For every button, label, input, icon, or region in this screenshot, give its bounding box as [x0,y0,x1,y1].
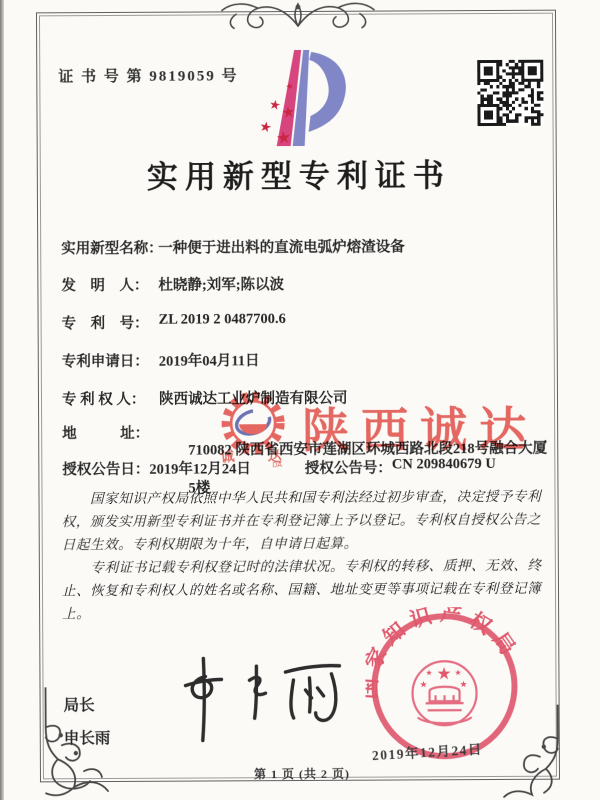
officer-title: 局长 [64,689,111,722]
field-label: 发 明 人： [61,274,158,296]
field-label: 实用新型名称： [61,237,158,259]
stamp-sub-left: 诚 [219,445,236,467]
svg-text:★: ★ [268,96,282,113]
field-filing-date: 专利申请日： 2019年04月11日 [62,349,260,371]
svg-text:★: ★ [281,104,297,122]
svg-text:★: ★ [454,668,461,677]
field-utility-model-name: 实用新型名称： 一种便于进出料的直流电弧炉熔渣设备 [61,235,405,258]
emblem-stars: ★ ★ ★ ★ ★ [419,664,467,689]
svg-text:★: ★ [425,668,432,677]
field-label: 授权公告日： [62,458,149,479]
page-number: 第 1 页 (共 2 页) [2,763,600,783]
cnipa-logo-icon: ★ ★ ★ ★ ★ [238,42,365,157]
legal-paragraph-1: 国家知识产权局依照中华人民共和国专利法经过初步审查，决定授予专利权，颁发实用新型… [61,485,542,557]
legal-text: 国家知识产权局依照中华人民共和国专利法经过初步审查，决定授予专利权，颁发实用新型… [61,485,543,626]
field-value: 2019年04月11日 [159,349,260,371]
stamp-latin: DA [272,462,282,469]
field-inventors: 发 明 人： 杜晓静;刘军;陈以波 [61,273,284,295]
officer-block: 局长 申长雨 [64,689,111,755]
stamp-company-name: 陕西诚达 [302,393,538,461]
top-flourish-ornament [206,0,390,34]
certificate-photo: 证 书 号 第 9819059 号 ★ ★ ★ ★ ★ 实用新型专利证书 实用新… [0,0,600,800]
certificate-title: 实用新型专利证书 [0,149,599,197]
field-patent-number: 专 利 号： ZL 2019 2 0487700.6 [62,311,286,333]
field-label: 专利申请日： [62,350,159,372]
field-label: 专 利 号： [62,312,159,334]
qr-code-icon [477,60,543,126]
svg-text:★: ★ [258,119,273,136]
field-value: 杜晓静;刘军;陈以波 [158,273,284,295]
field-value: 一种便于进出料的直流电弧炉熔渣设备 [158,235,405,257]
certificate-sheet: 证 书 号 第 9819059 号 ★ ★ ★ ★ ★ 实用新型专利证书 实用新… [0,0,600,800]
company-stamp: 诚 达 DA 陕西诚达 [210,385,561,487]
officer-name: 申长雨 [64,722,111,755]
certificate-number: 证 书 号 第 9819059 号 [58,64,238,86]
svg-text:★: ★ [419,679,427,689]
field-label: 专 利 权 人： [62,388,159,410]
svg-text:★: ★ [436,664,451,683]
field-value: ZL 2019 2 0487700.6 [159,311,286,333]
logo-stars: ★ ★ ★ ★ ★ [257,80,296,148]
handwritten-signature [153,652,354,753]
svg-text:★: ★ [459,679,467,689]
svg-text:★: ★ [275,128,292,149]
